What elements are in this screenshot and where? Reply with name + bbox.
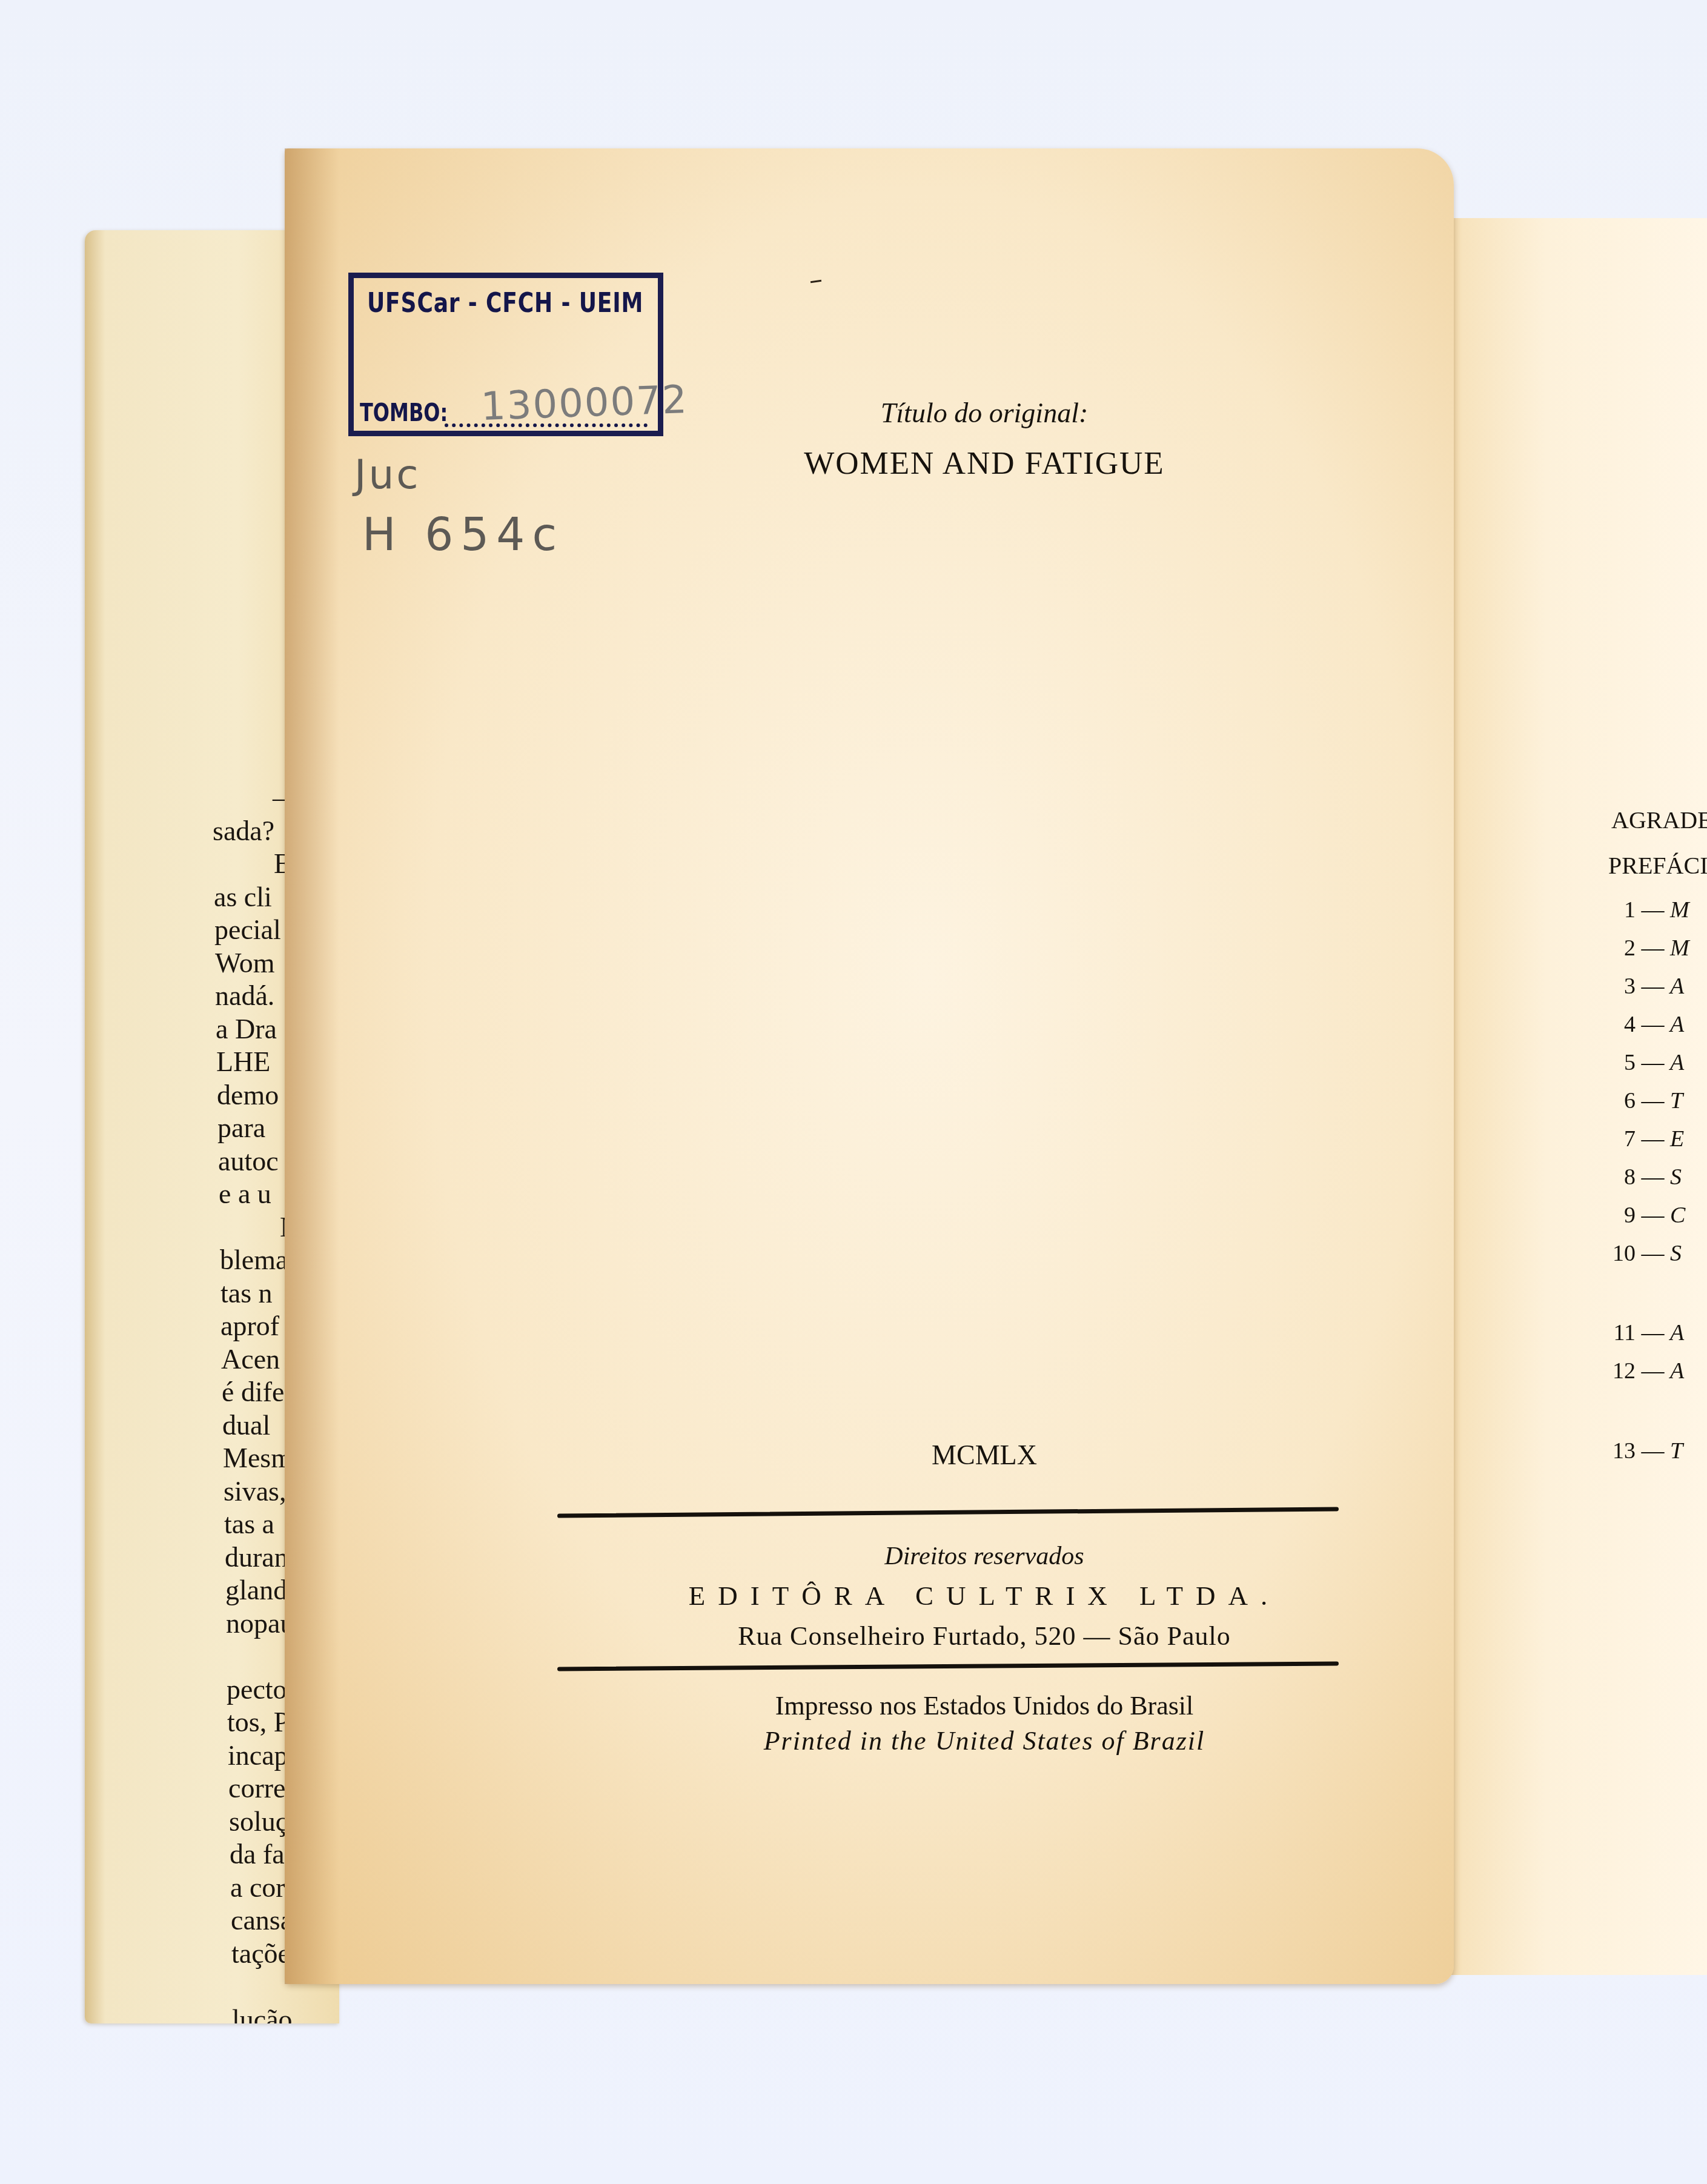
publication-year: MCMLX (666, 1439, 1302, 1471)
toc-heading: PREFÁCI (1608, 851, 1707, 880)
toc-entry: 7 — E (1599, 1126, 1684, 1152)
toc-entry: 6 — T (1599, 1087, 1683, 1114)
printed-in-pt: Impresso nos Estados Unidos do Brasil (666, 1690, 1302, 1721)
toc-entry: 5 — A (1599, 1049, 1684, 1076)
page-edge-shading (285, 148, 339, 1984)
toc-entry: 3 — A (1599, 973, 1684, 1000)
stamp-tombo-number: 13000072 (480, 377, 689, 430)
printed-in-en: Printed in the United States of Brazil (666, 1725, 1302, 1756)
toc-entry: 2 — M (1599, 935, 1689, 961)
toc-heading: AGRADEC (1611, 806, 1707, 834)
toc-entry: 4 — A (1599, 1011, 1684, 1038)
toc-entry: 9 — C (1599, 1202, 1685, 1229)
toc-entry: 13 — T (1599, 1438, 1683, 1464)
toc-entry: 11 — A (1599, 1319, 1684, 1346)
stamp-tombo-label: TOMBO: (360, 399, 448, 427)
toc-entry: 1 — M (1599, 897, 1689, 923)
pencil-note-call-number: H 654c (362, 509, 564, 561)
pencil-note-line1: Juc (354, 451, 421, 498)
toc-entry: 12 — A (1599, 1358, 1684, 1384)
original-title: WOMEN AND FATIGUE (666, 445, 1302, 482)
publisher-address: Rua Conselheiro Furtado, 520 — São Paulo (666, 1621, 1302, 1651)
stamp-institution: UFSCar - CFCH - UEIM (367, 288, 643, 319)
left-page-line: lução (232, 2003, 307, 2024)
rights-notice: Direitos reservados (666, 1542, 1302, 1571)
library-stamp: UFSCar - CFCH - UEIM TOMBO: 13000072 (348, 273, 663, 436)
publisher-name: EDITÔRA CULTRIX LTDA. (666, 1580, 1302, 1611)
toc-entry: 10 — S (1599, 1240, 1682, 1267)
original-title-label: Título do original: (666, 397, 1302, 429)
toc-entry: 8 — S (1599, 1164, 1682, 1190)
